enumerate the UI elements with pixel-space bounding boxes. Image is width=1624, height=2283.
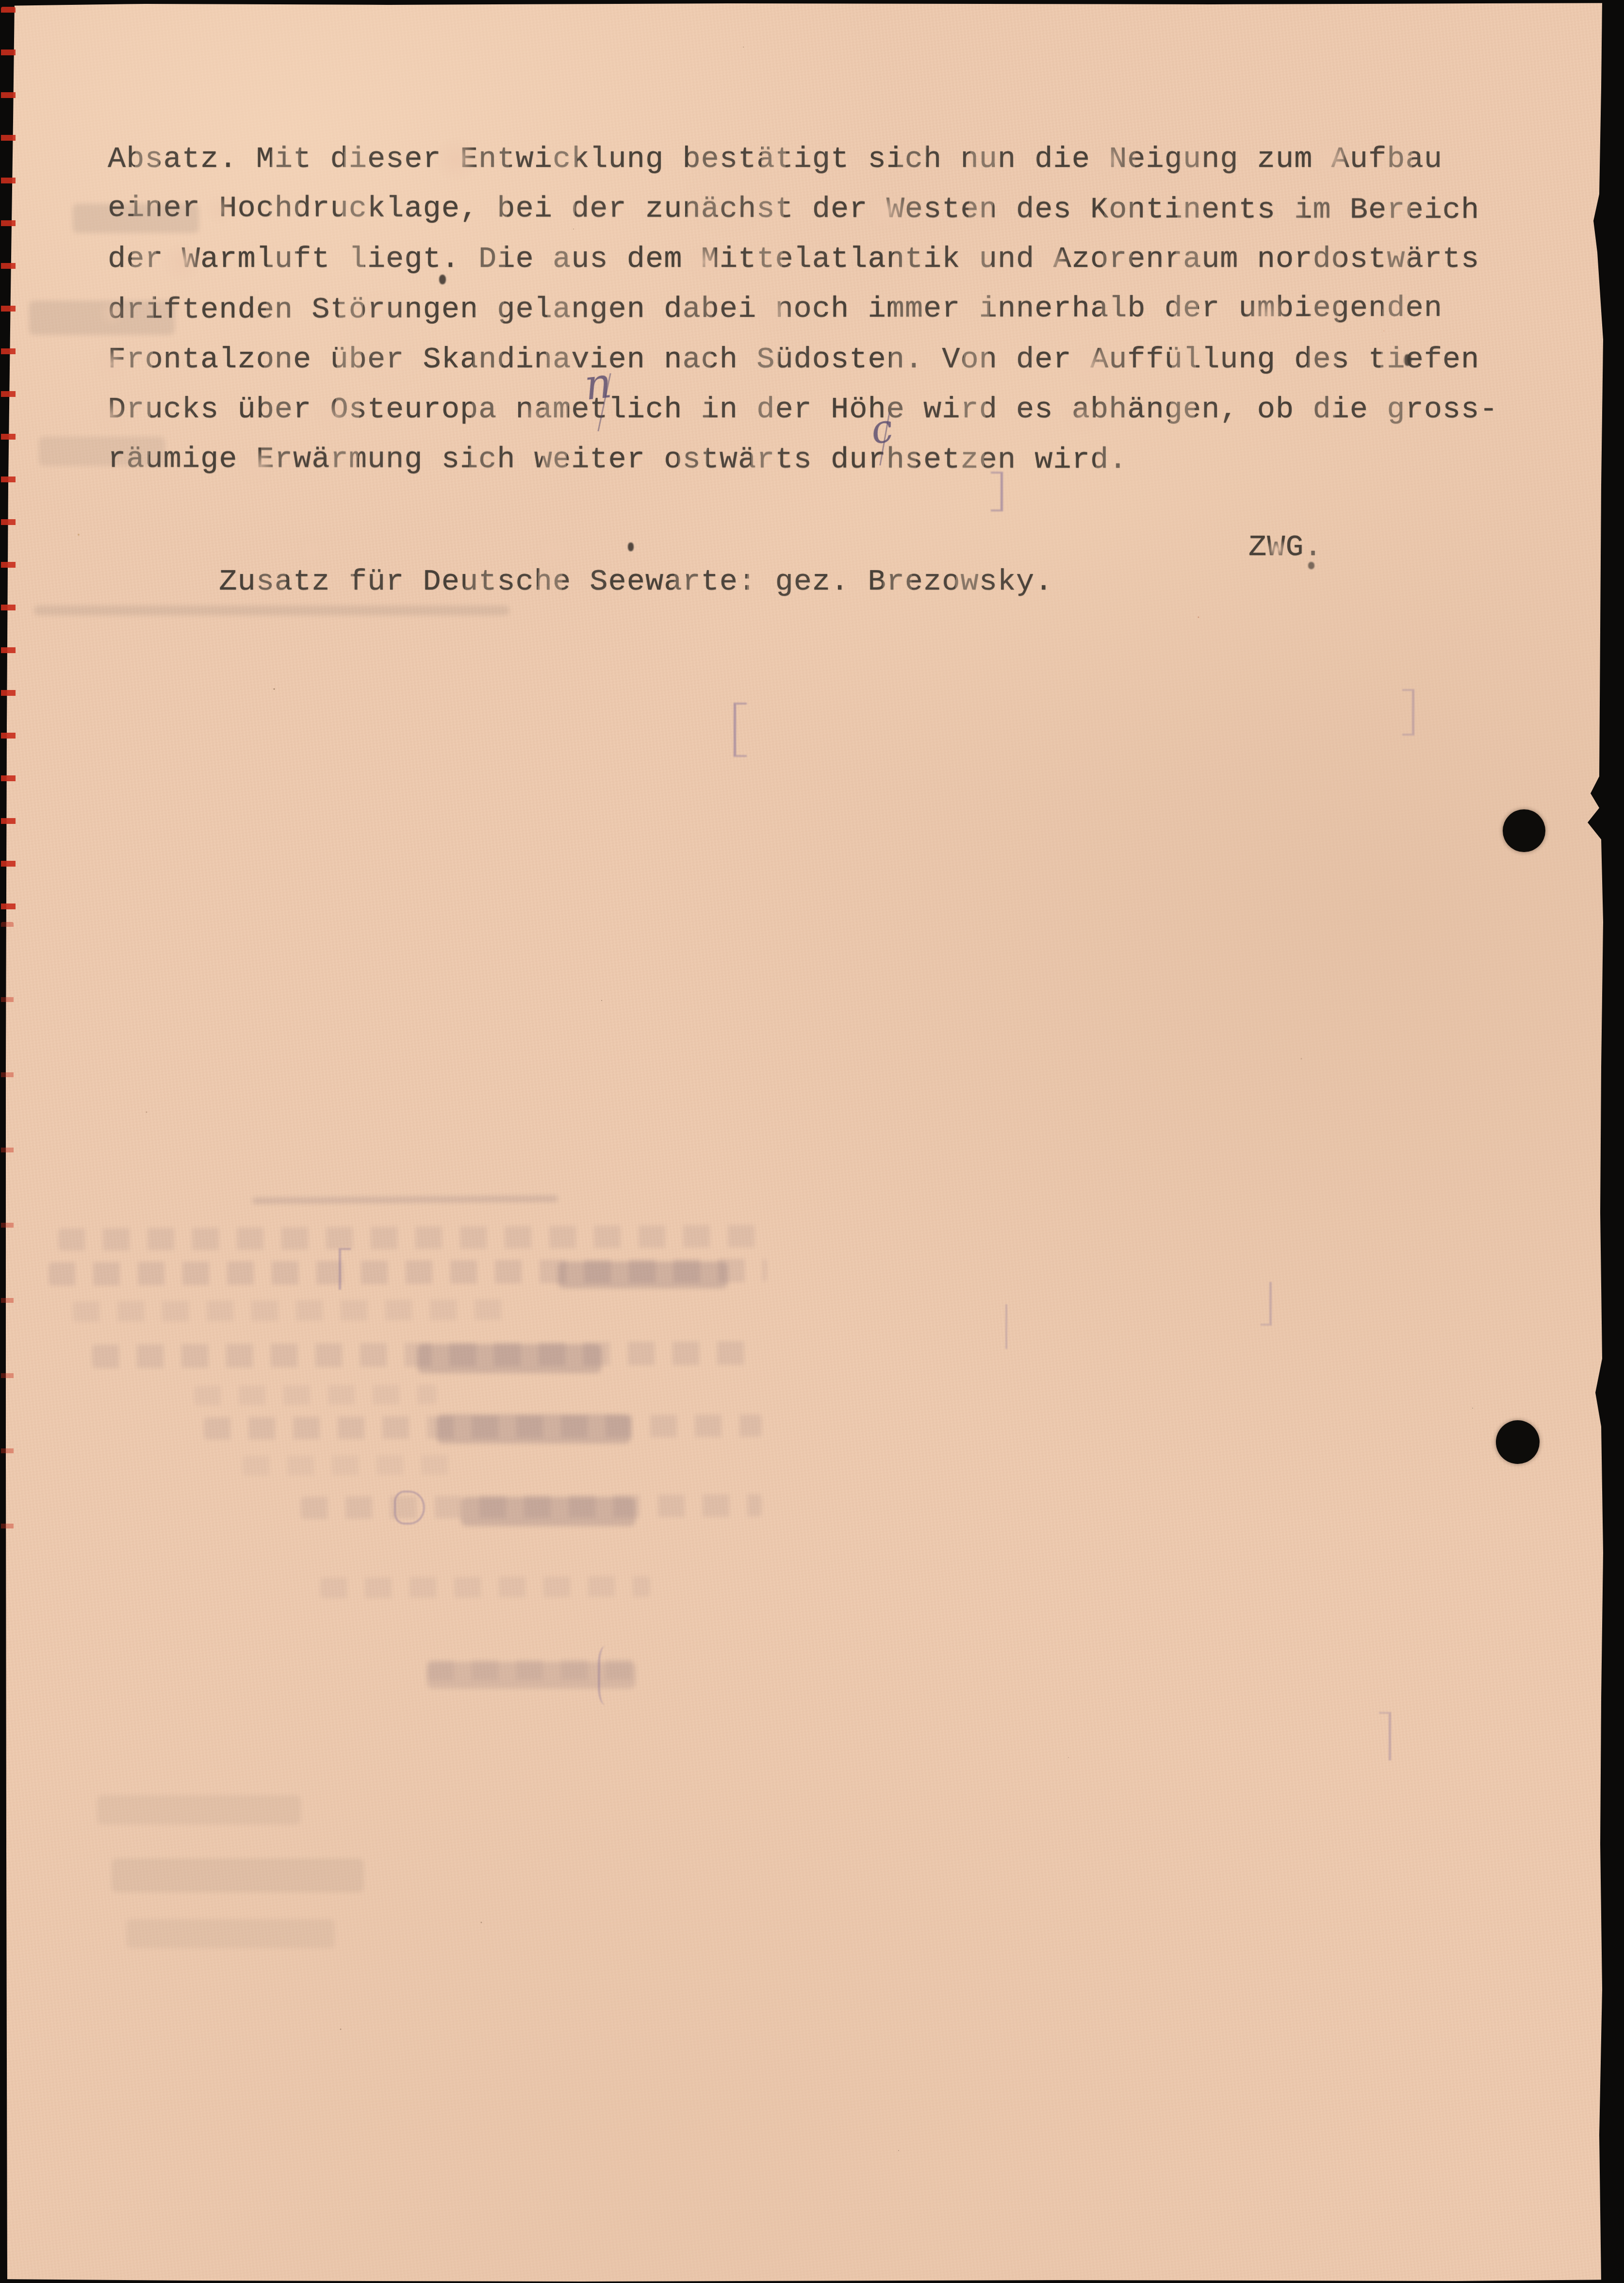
red-edge-marks-faint bbox=[1, 922, 14, 1553]
red-edge-marks bbox=[1, 7, 16, 919]
signature-line: Zusatz für Deutsche Seewarte: gez. Brezo… bbox=[108, 530, 1053, 668]
overstrike-ink-blob bbox=[1404, 354, 1411, 366]
typed-line: einer Hochdrucklage, bei der zunächst de… bbox=[108, 191, 1479, 227]
signature-left: Zusatz für Deutsche Seewarte: gez. Brezo… bbox=[219, 564, 1053, 599]
typed-line: Frontalzone über Skandinavien nach Südos… bbox=[108, 342, 1479, 377]
hole-punch-top bbox=[1503, 809, 1545, 852]
typed-line: driftenden Störungen gelangen dabei noch… bbox=[108, 291, 1443, 327]
typed-line: der Warmluft liegt. Die aus dem Mittelat… bbox=[108, 242, 1479, 276]
typed-line: Drucks über Osteuropa nametlich in der H… bbox=[108, 392, 1498, 427]
typed-line: Absatz. Mit dieser Entwicklung bestätigt… bbox=[108, 142, 1443, 176]
signature-org-abbrev: ZWG. bbox=[1248, 530, 1323, 564]
typed-line: räumige Erwärmung sich weiter ostwärts d… bbox=[108, 442, 1127, 477]
overstrike-ink-blob bbox=[439, 275, 446, 284]
handwritten-insertion-n: n bbox=[582, 359, 614, 410]
overstrike-ink-blob bbox=[1308, 562, 1314, 569]
overstrike-ink-blob bbox=[628, 542, 634, 551]
typed-text-block: Absatz. Mit dieser Entwicklung bestätigt… bbox=[0, 0, 1624, 2283]
scanned-document-page: Absatz. Mit dieser Entwicklung bestätigt… bbox=[0, 0, 1624, 2283]
hole-punch-bottom bbox=[1496, 1420, 1540, 1464]
